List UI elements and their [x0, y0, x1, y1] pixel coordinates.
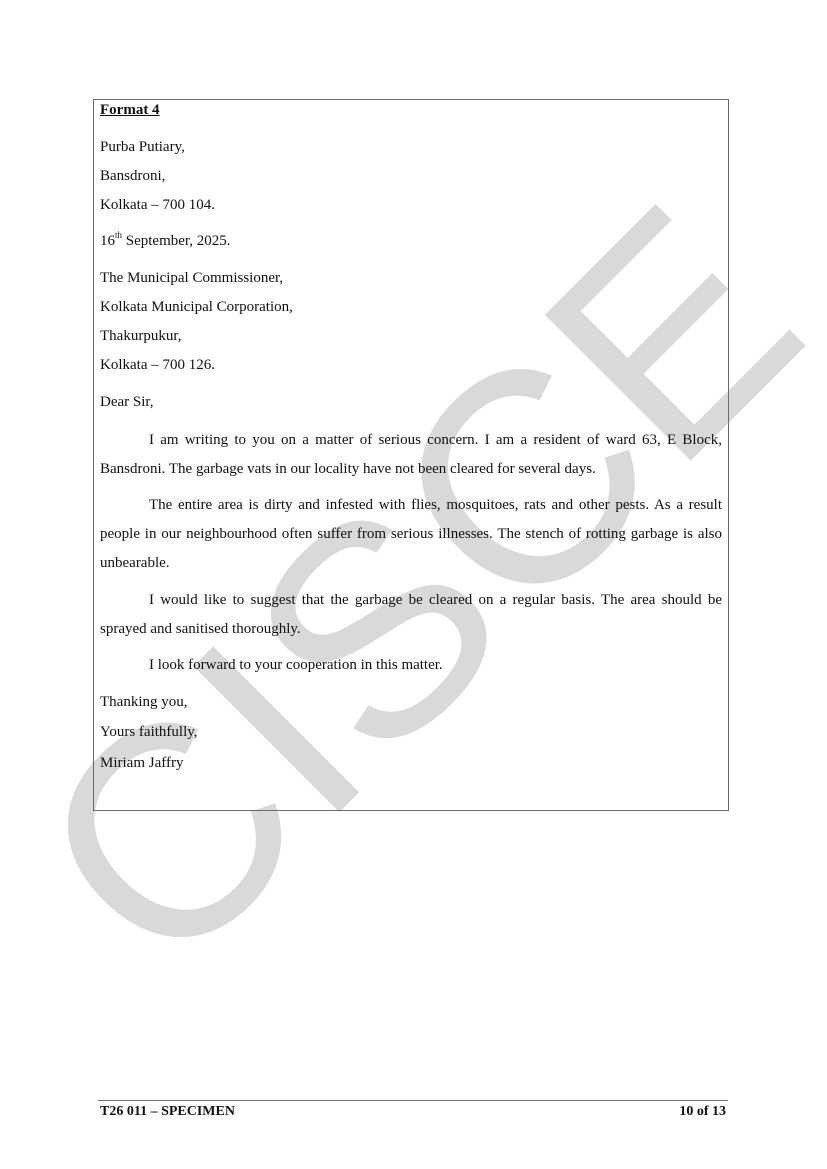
format-heading: Format 4: [100, 102, 160, 119]
footer-page-number: 10 of 13: [679, 1104, 726, 1120]
receiver-address-line: The Municipal Commissioner,: [100, 270, 283, 287]
letter-date: 16th September, 2025.: [100, 233, 231, 250]
footer-divider: [98, 1100, 728, 1101]
closing-line: Thanking you,: [100, 694, 188, 711]
sender-address-line: Kolkata – 700 104.: [100, 197, 215, 214]
salutation: Dear Sir,: [100, 394, 154, 411]
receiver-address-line: Kolkata – 700 126.: [100, 357, 215, 374]
receiver-address-line: Kolkata Municipal Corporation,: [100, 299, 293, 316]
sender-address-line: Purba Putiary,: [100, 139, 185, 156]
closing-line: Yours faithfully,: [100, 724, 198, 741]
body-paragraph: I am writing to you on a matter of serio…: [100, 426, 722, 484]
body-paragraph: I would like to suggest that the garbage…: [100, 586, 722, 644]
receiver-address-line: Thakurpukur,: [100, 328, 181, 345]
body-paragraph: I look forward to your cooperation in th…: [100, 651, 722, 680]
date-suffix: th: [115, 230, 122, 240]
date-rest: September, 2025.: [122, 233, 231, 249]
date-day: 16: [100, 233, 115, 249]
body-paragraph: The entire area is dirty and infested wi…: [100, 491, 722, 578]
sender-address-line: Bansdroni,: [100, 168, 165, 185]
footer-paper-code: T26 011 – SPECIMEN: [100, 1104, 235, 1120]
signature-name: Miriam Jaffry: [100, 755, 183, 772]
